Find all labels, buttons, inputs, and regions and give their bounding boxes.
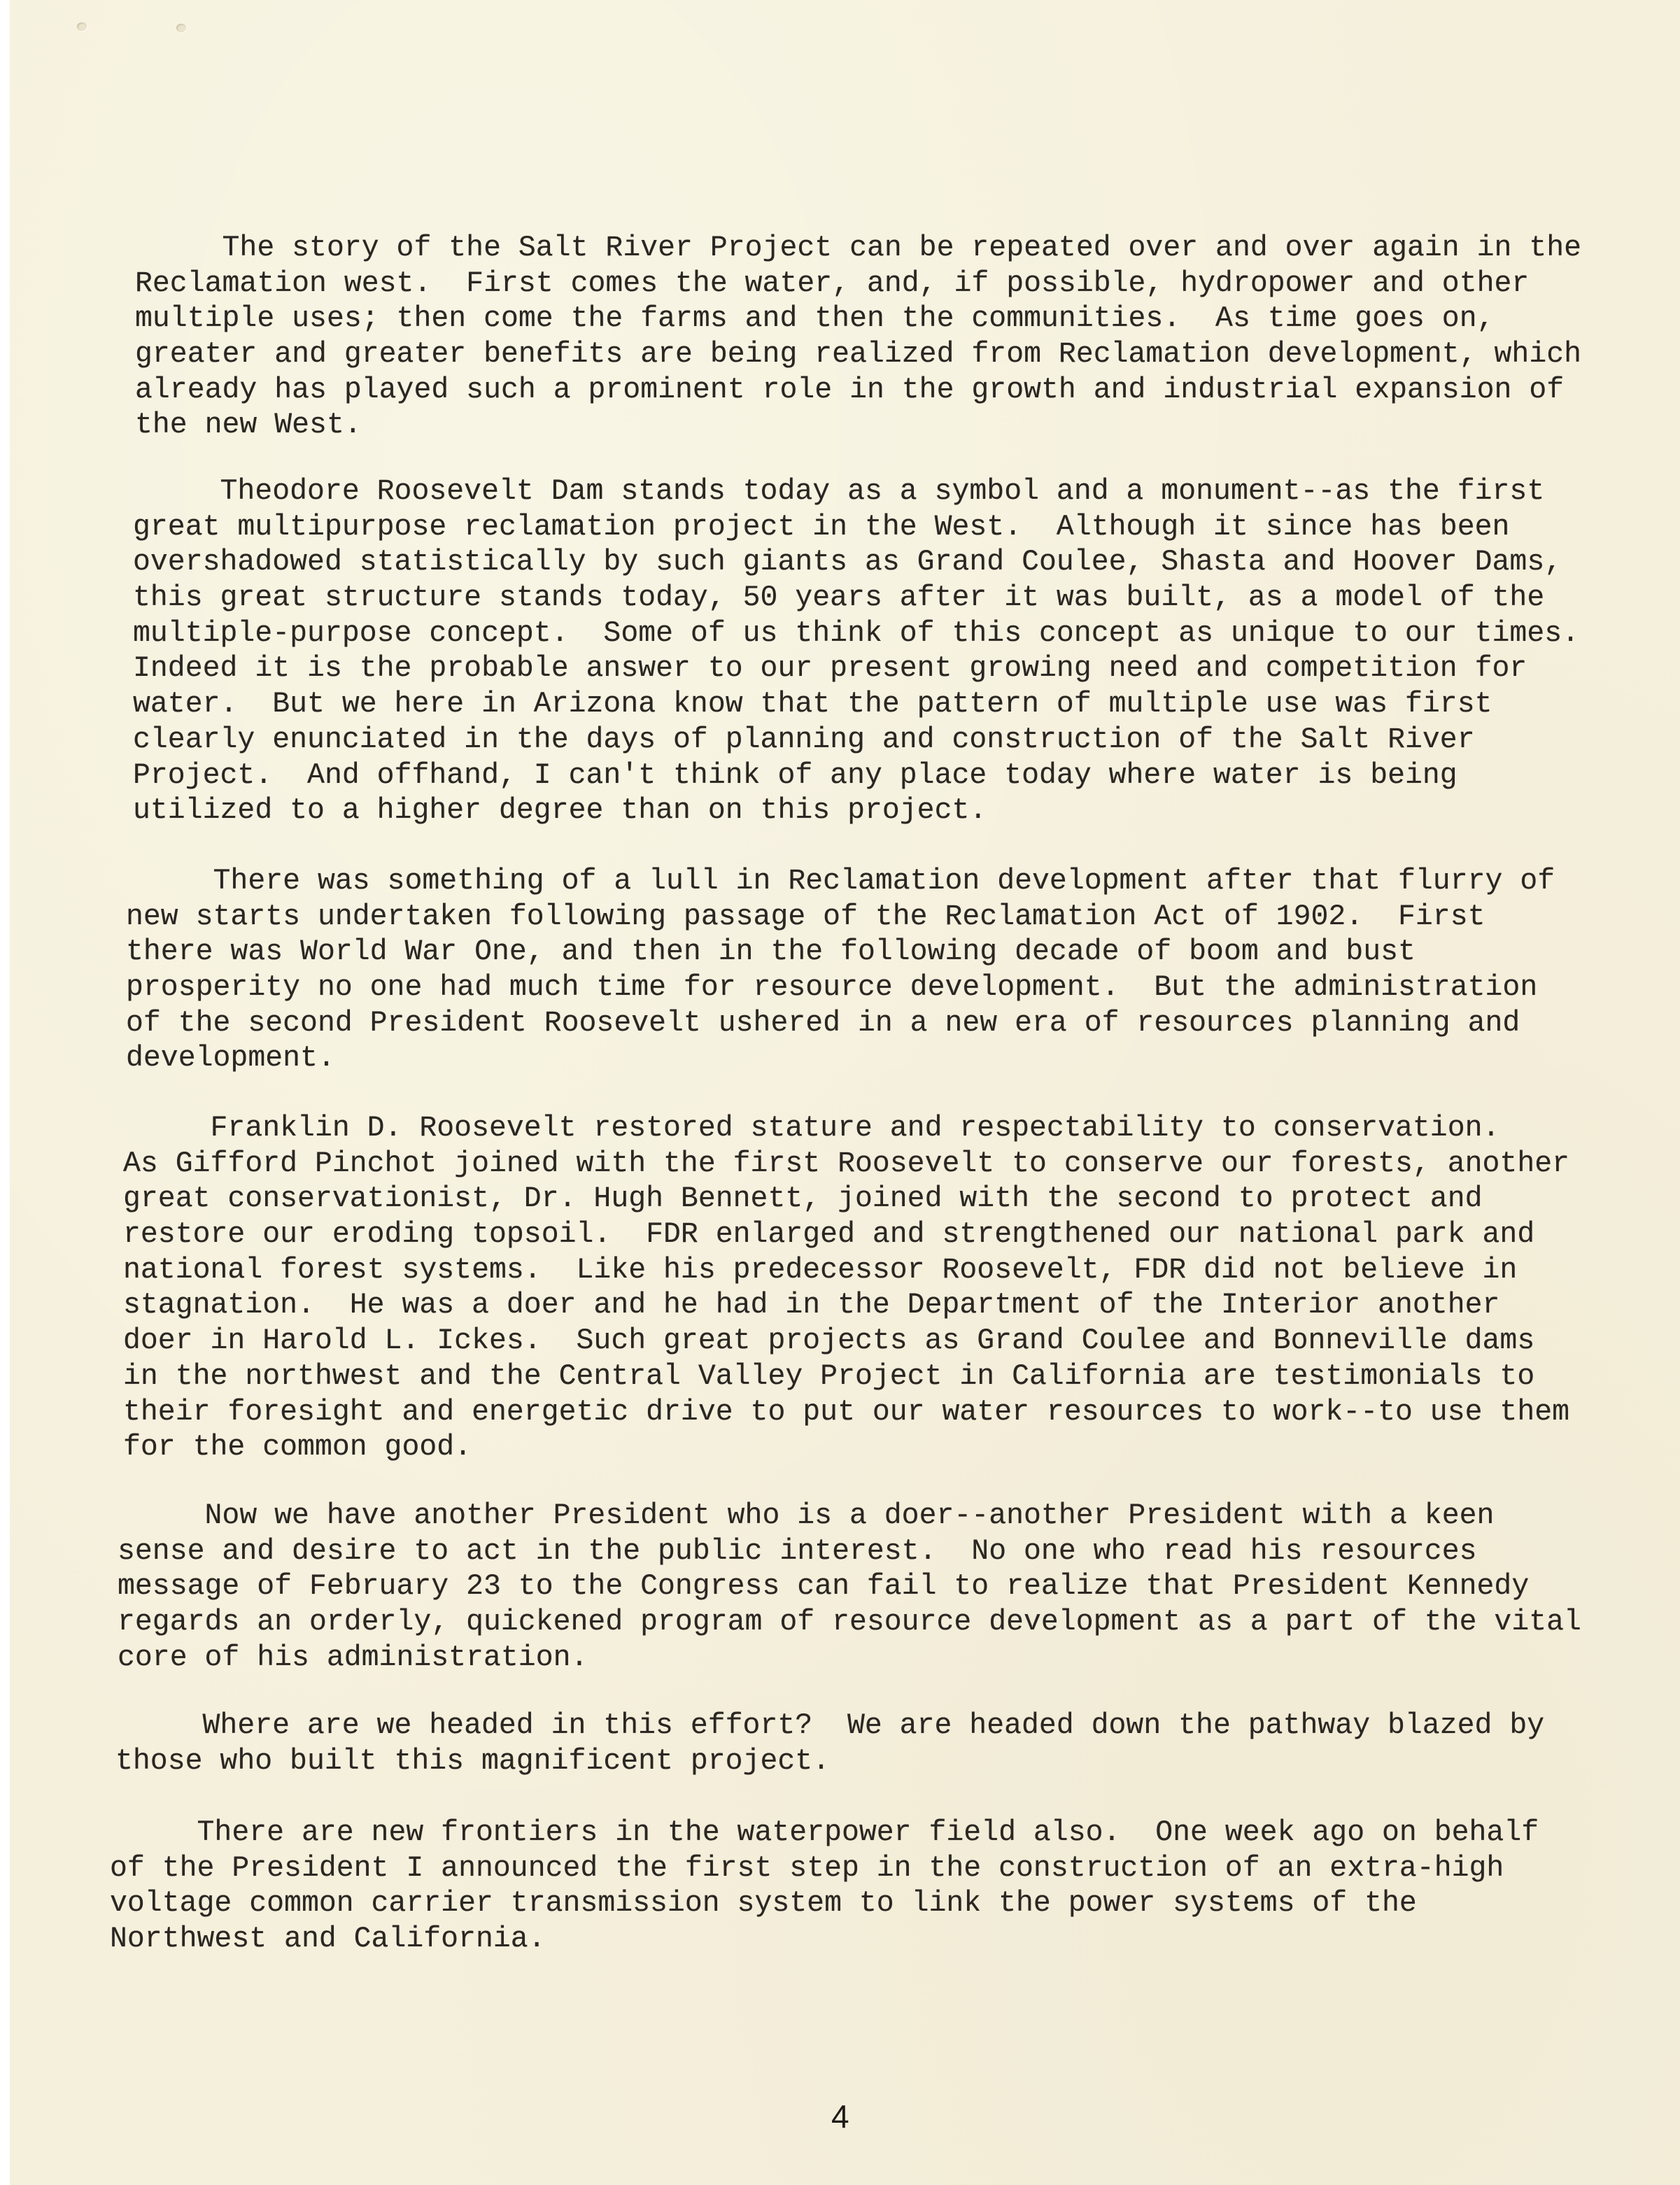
text-line: doer in Harold L. Ickes. Such great proj… [123,1324,1569,1359]
text-line: restore our eroding topsoil. FDR enlarge… [123,1217,1569,1253]
paragraph-roosevelt-dam: Theodore Roosevelt Dam stands today as a… [133,474,1579,829]
text-line: this great structure stands today, 50 ye… [133,581,1579,616]
text-line: Project. And offhand, I can't think of a… [133,758,1579,794]
text-line: As Gifford Pinchot joined with the first… [123,1147,1569,1182]
text-line: Where are we headed in this effort? We a… [115,1709,1544,1744]
text-line: sense and desire to act in the public in… [118,1534,1581,1570]
text-line: There was something of a lull in Reclama… [126,864,1555,900]
text-line: already has played such a prominent role… [135,373,1581,409]
text-line: overshadowed statistically by such giant… [133,545,1579,581]
text-line: development. [126,1041,1555,1077]
paragraph-kennedy-doer: Now we have another President who is a d… [118,1499,1581,1676]
paragraph-fdr-conservation: Franklin D. Roosevelt restored stature a… [123,1111,1569,1466]
text-line: Franklin D. Roosevelt restored stature a… [123,1111,1569,1147]
text-line: those who built this magnificent project… [115,1744,1544,1780]
text-line: Theodore Roosevelt Dam stands today as a… [133,474,1579,510]
text-line: great multipurpose reclamation project i… [133,510,1579,546]
text-line: message of February 23 to the Congress c… [118,1569,1581,1605]
text-line: clearly enunciated in the days of planni… [133,723,1579,758]
text-line: new starts undertaken following passage … [126,900,1555,935]
document-page: The story of the Salt River Project can … [10,0,1680,2185]
text-line: regards an orderly, quickened program of… [118,1605,1581,1641]
text-line: voltage common carrier transmission syst… [110,1886,1539,1922]
paragraph-where-headed: Where are we headed in this effort? We a… [115,1709,1544,1779]
text-line: of the second President Roosevelt ushere… [126,1006,1555,1042]
text-line: for the common good. [123,1430,1569,1466]
text-line: of the President I announced the first s… [110,1851,1539,1887]
text-line: The story of the Salt River Project can … [135,231,1581,267]
paragraph-reclamation-lull: There was something of a lull in Reclama… [126,864,1555,1077]
text-line: multiple uses; then come the farms and t… [135,302,1581,337]
text-line: their foresight and energetic drive to p… [123,1395,1569,1431]
text-line: greater and greater benefits are being r… [135,337,1581,373]
text-line: great conservationist, Dr. Hugh Bennett,… [123,1182,1569,1217]
text-line: Indeed it is the probable answer to our … [133,651,1579,687]
text-line: there was World War One, and then in the… [126,935,1555,970]
text-line: the new West. [135,408,1581,444]
paragraph-waterpower-frontiers: There are new frontiers in the waterpowe… [110,1816,1539,1958]
paragraph-salt-river-story: The story of the Salt River Project can … [135,231,1581,444]
text-line: national forest systems. Like his predec… [123,1253,1569,1289]
punch-mark-right [176,24,186,32]
text-line: core of his administration. [118,1641,1581,1676]
page-number: 4 [831,2098,849,2135]
text-line: stagnation. He was a doer and he had in … [123,1288,1569,1324]
text-line: in the northwest and the Central Valley … [123,1359,1569,1395]
text-line: multiple-purpose concept. Some of us thi… [133,616,1579,652]
text-line: Now we have another President who is a d… [118,1499,1581,1534]
text-line: Northwest and California. [110,1922,1539,1958]
punch-mark-left [77,22,87,31]
text-line: utilized to a higher degree than on this… [133,793,1579,829]
text-line: water. But we here in Arizona know that … [133,687,1579,723]
text-line: There are new frontiers in the waterpowe… [110,1816,1539,1851]
text-line: prosperity no one had much time for reso… [126,970,1555,1006]
text-line: Reclamation west. First comes the water,… [135,267,1581,302]
